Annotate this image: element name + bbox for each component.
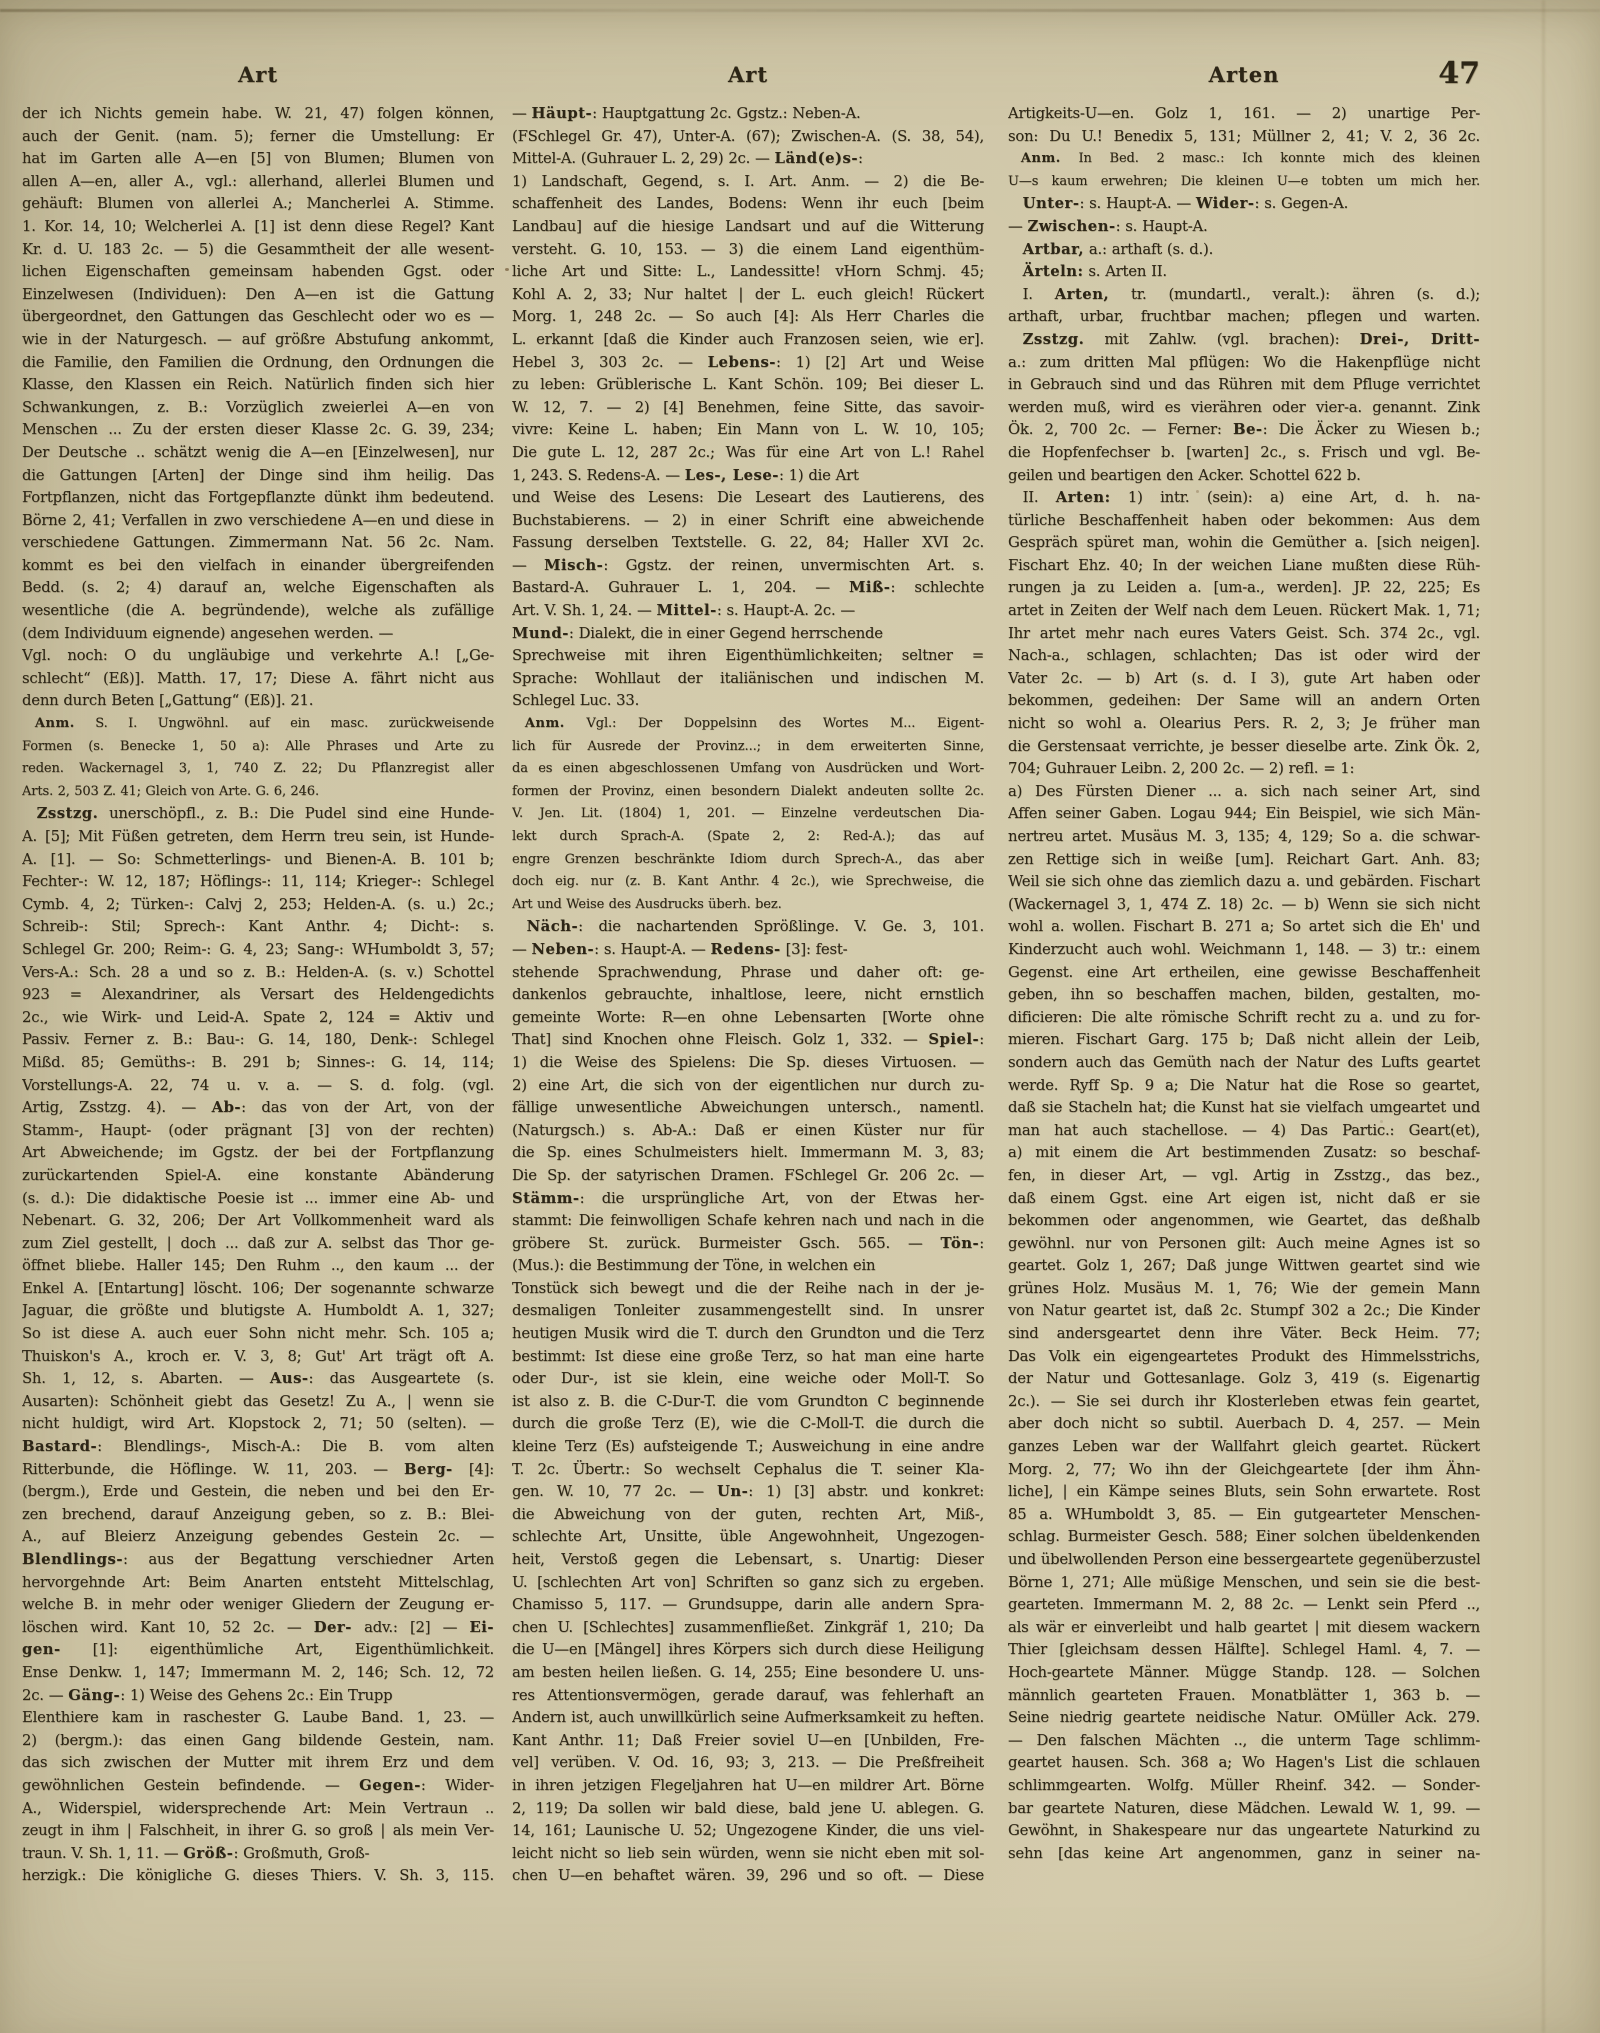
text-line: 1) Landschaft, Gegend, s. I. Art. Anm. —…: [512, 171, 984, 194]
text-line: vivre: Keine L. haben; Ein Mann von L. W…: [512, 419, 984, 442]
text-line: ist also z. B. die C-Dur-T. die vom Grun…: [512, 1391, 984, 1414]
text-line: die Gerstensaat verrichte, je besser die…: [1008, 736, 1480, 759]
text-line: Das Volk ein eigengeartetes Produkt des …: [1008, 1346, 1480, 1369]
text-line: und übelwollenden Person eine bessergear…: [1008, 1549, 1480, 1572]
text-line: das sich zwischen der Mutter mit ihrem E…: [22, 1752, 494, 1775]
text-line: Seine niedrig geartete neidische Natur. …: [1008, 1707, 1480, 1730]
text-line: die Gattungen [Arten] der Dinge sind ihm…: [22, 465, 494, 488]
text-line: werden muß, wird es vierähren oder vier-…: [1008, 397, 1480, 420]
text-line: fällige unwesentliche Abweichungen unter…: [512, 1097, 984, 1120]
text-line: übergeordnet, den Gattungen das Geschlec…: [22, 306, 494, 329]
text-line: türliche Beschaffenheit haben oder bekom…: [1008, 510, 1480, 533]
text-line: löschen wird. Kant 10, 52 2c. — Der- adv…: [22, 1617, 494, 1640]
text-line: Stamm-, Haupt- (oder prägnant [3] von de…: [22, 1120, 494, 1143]
text-line: in ihren jetzigen Flegeljahren hat U—en …: [512, 1775, 984, 1798]
text-line: Menschen ... Zu der ersten dieser Klasse…: [22, 419, 494, 442]
text-line: (bergm.), Erde und Gestein, die neben un…: [22, 1481, 494, 1504]
text-line: Der Deutsche .. schätzt wenig die A—en […: [22, 442, 494, 465]
text-line: gröbere St. zurück. Burmeister Gsch. 565…: [512, 1233, 984, 1256]
text-line: Schlegel Luc. 33.: [512, 690, 984, 713]
text-line: Sh. 1, 12, s. Abarten. — Aus-: das Ausge…: [22, 1368, 494, 1391]
text-line: gemeinte Worte: R—en ohne Lebensarten [W…: [512, 1007, 984, 1030]
text-line: oder Dur-, ist sie klein, eine weiche od…: [512, 1368, 984, 1391]
text-line: Sprechweise mit ihren Eigenthümlichkeite…: [512, 645, 984, 668]
text-line: traun. V. Sh. 1, 11. — Größ-: Großmuth, …: [22, 1843, 494, 1866]
text-line: lekt durch Sprach-A. (Spate 2, 2: Red-A.…: [512, 826, 984, 849]
text-column-1: der ich Nichts gemein habe. W. 21, 47) f…: [22, 103, 494, 1888]
text-line: allen A—en, aller A., vgl.: allerhand, a…: [22, 171, 494, 194]
text-line: daß sie Stacheln hat; die Kunst hat sie …: [1008, 1097, 1480, 1120]
text-line: zu leben: Grüblerische L. Kant Schön. 10…: [512, 374, 984, 397]
text-line: auch der Genit. (nam. 5); ferner die Ums…: [22, 126, 494, 149]
text-line: Schlegel Gr. 200; Reim-: G. 4, 23; Sang-…: [22, 939, 494, 962]
text-line: Die gute L. 12, 287 2c.; Was für eine Ar…: [512, 442, 984, 465]
text-line: geartet. Golz 1, 267; Daß junge Wittwen …: [1008, 1255, 1480, 1278]
text-line: Anm. S. I. Ungwöhnl. auf ein masc. zurüc…: [22, 713, 494, 736]
text-line: — Misch-: Ggstz. der reinen, unvermischt…: [512, 555, 984, 578]
text-line: Schwankungen, z. B.: Vorzüglich zweierle…: [22, 397, 494, 420]
text-line: Anm. Vgl.: Der Doppelsinn des Wortes M..…: [512, 713, 984, 736]
text-line: Buchstabierens. — 2) in einer Schrift ei…: [512, 510, 984, 533]
text-line: Landbau] auf die hiesige Landsart und au…: [512, 216, 984, 239]
text-line: Fortpflanzen, nicht das Fortgepflanzte d…: [22, 487, 494, 510]
text-line: der Natur und Gottesanlage. Golz 3, 419 …: [1008, 1368, 1480, 1391]
text-line: Börne 1, 271; Alle müßige Menschen, und …: [1008, 1572, 1480, 1595]
text-line: That] sind Knochen ohne Fleisch. Golz 1,…: [512, 1029, 984, 1052]
text-line: dificieren: Die alte römische Schrift re…: [1008, 1007, 1480, 1030]
page-number: 47: [1008, 56, 1480, 91]
text-line: kommt es bei den vielfach in einander üb…: [22, 555, 494, 578]
text-line: 2) eine Art, die sich von der eigentlich…: [512, 1075, 984, 1098]
text-line: Ärteln: s. Arten II.: [1008, 261, 1480, 284]
text-line: heutigen Musik wird die T. durch den Gru…: [512, 1323, 984, 1346]
text-line: 1. Kor. 14, 10; Welcherlei A. [1] ist de…: [22, 216, 494, 239]
text-line: Zsstzg. unerschöpfl., z. B.: Die Pudel s…: [22, 803, 494, 826]
text-line: gewöhnlichen Gestein befindende. — Gegen…: [22, 1775, 494, 1798]
text-line: Art. V. Sh. 1, 24. — Mittel-: s. Haupt-A…: [512, 600, 984, 623]
text-line: Mittel-A. (Guhrauer L. 2, 29) 2c. — Länd…: [512, 148, 984, 171]
text-line: Fassung derselben Textstelle. G. 22, 84;…: [512, 532, 984, 555]
text-line: Hebel 3, 303 2c. — Lebens-: 1) [2] Art u…: [512, 352, 984, 375]
text-line: Tonstück sich bewegt und die der Reihe n…: [512, 1278, 984, 1301]
text-line: Art und Weise des Ausdrucks überh. bez.: [512, 894, 984, 917]
text-line: Arts. 2, 503 Z. 41; Gleich von Arte. G. …: [22, 781, 494, 804]
text-line: schaffenheit des Landes, Bodens: Wenn ih…: [512, 193, 984, 216]
text-line: die Familie, den Familien die Ordnung, d…: [22, 352, 494, 375]
text-line: Elenthiere kam in raschester G. Laube Ba…: [22, 1707, 494, 1730]
text-column-3: Artigkeits-U—en. Golz 1, 161. — 2) unart…: [1008, 103, 1480, 1865]
text-line: geilen und beartigen den Acker. Schottel…: [1008, 465, 1480, 488]
text-line: schlecht“ (Eß)]. Matth. 17, 17; Diese A.…: [22, 668, 494, 691]
text-line: sondern auch das Gemüth nach der Natur d…: [1008, 1052, 1480, 1075]
text-line: Näch-: die nachartenden Sprößlinge. V. G…: [512, 916, 984, 939]
text-line: liche], | ein Kämpe seines Bluts, sein S…: [1008, 1481, 1480, 1504]
text-line: hervorgehnde Art: Beim Anarten entsteht …: [22, 1572, 494, 1595]
text-line: a) mit einem die Art bestimmenden Zusatz…: [1008, 1142, 1480, 1165]
text-line: Kinderzucht auch wohl. Weichmann 1, 148.…: [1008, 939, 1480, 962]
text-line: Ihr artet mehr nach eures Vaters Geist. …: [1008, 623, 1480, 646]
text-line: Fischart Ehz. 40; In der weichen Liane m…: [1008, 555, 1480, 578]
text-line: arthaft, urbar, fruchtbar machen; pflege…: [1008, 306, 1480, 329]
text-line: — Häupt-: Hauptgattung 2c. Ggstz.: Neben…: [512, 103, 984, 126]
text-line: der ich Nichts gemein habe. W. 21, 47) f…: [22, 103, 494, 126]
text-line: Kant Anthr. 11; Daß Freier soviel U—en […: [512, 1730, 984, 1753]
text-line: wie in der Naturgesch. — auf größre Abst…: [22, 329, 494, 352]
text-line: 704; Guhrauer Leibn. 2, 200 2c. — 2) ref…: [1008, 758, 1480, 781]
text-line: bar geartete Naturen, diese Mädchen. Lew…: [1008, 1798, 1480, 1821]
text-line: zurückartenden Spiel-A. eine konstante A…: [22, 1165, 494, 1188]
text-line: gearteten. Immermann M. 2, 88 2c. — Lenk…: [1008, 1594, 1480, 1617]
text-line: hat im Garten alle A—en [5] von Blumen; …: [22, 148, 494, 171]
text-line: Sprache: Wohllaut der italiänischen und …: [512, 668, 984, 691]
text-line: A., Widerspiel, widersprechende Art: Mei…: [22, 1798, 494, 1821]
text-line: gewöhnl. nur von Personen gilt: Auch mei…: [1008, 1233, 1480, 1256]
text-line: formen der Provinz, einen besondern Dial…: [512, 781, 984, 804]
text-line: leicht nicht so lieb sein würden, wenn s…: [512, 1843, 984, 1866]
text-line: gen. W. 10, 77 2c. — Un-: 1) [3] abstr. …: [512, 1481, 984, 1504]
text-line: herzigk.: Die königliche G. dieses Thier…: [22, 1865, 494, 1888]
text-line: Vers-A.: Sch. 28 a und so z. B.: Helden-…: [22, 962, 494, 985]
text-line: sind andersgeartet denn ihre Väter. Beck…: [1008, 1323, 1480, 1346]
text-line: U. [schlechten Art von] Schriften so gan…: [512, 1572, 984, 1595]
text-line: Mißd. 85; Gemüths-: B. 291 b; Sinnes-: G…: [22, 1052, 494, 1075]
text-line: L. erkannt [daß die Kinder auch Franzose…: [512, 329, 984, 352]
text-line: man hat auch stachellose. — 4) Das Parti…: [1008, 1120, 1480, 1143]
text-line: öffnet bliebe. Haller 145; Den Ruhm .., …: [22, 1255, 494, 1278]
text-line: Die Sp. der satyrischen Dramen. FSchlege…: [512, 1165, 984, 1188]
text-line: doch eig. nur (z. B. Kant Anthr. 4 2c.),…: [512, 871, 984, 894]
text-line: wohl a. wollen. Fischart B. 271 a; So ar…: [1008, 916, 1480, 939]
text-line: Artbar, a.: arthaft (s. d.).: [1008, 239, 1480, 262]
text-line: Morg. 2, 77; Wo ihn der Gleichgeartete […: [1008, 1459, 1480, 1482]
text-line: res Attentionsvermögen, gerade darauf, w…: [512, 1685, 984, 1708]
text-line: Gespräch spüret man, wohin die Gemüther …: [1008, 532, 1480, 555]
text-line: Art Abweichende; im Ggstz. der bei der F…: [22, 1142, 494, 1165]
text-line: 2c., wie Wirk- und Leid-A. Spate 2, 124 …: [22, 1007, 494, 1030]
text-line: Mund-: Dialekt, die in einer Gegend herr…: [512, 623, 984, 646]
text-line: vel] verüben. V. Od. 16, 93; 3, 213. — D…: [512, 1752, 984, 1775]
text-line: 923 = Alexandriner, als Versart des Held…: [22, 984, 494, 1007]
text-line: versteht. G. 10, 153. — 3) die einem Lan…: [512, 239, 984, 262]
text-line: 1) die Weise des Spielens: Die Sp. diese…: [512, 1052, 984, 1075]
text-line: Vgl. noch: O du ungläubige und verkehrte…: [22, 645, 494, 668]
text-line: ganzes Leben war der Wallfahrt gleich ge…: [1008, 1436, 1480, 1459]
text-line: als wär er einverleibt und halb geartet …: [1008, 1617, 1480, 1640]
text-line: 2) (bergm.): das einen Gang bildende Ges…: [22, 1730, 494, 1753]
text-line: chen U. [Schlechtes] zusammenfließet. Zi…: [512, 1617, 984, 1640]
text-line: chen U—en behaftet wären. 39, 296 und so…: [512, 1865, 984, 1888]
text-line: bekommen oder angenommen, wie Geartet, d…: [1008, 1210, 1480, 1233]
running-head: Art Art Arten 47: [0, 62, 1600, 96]
text-line: Anm. In Bed. 2 masc.: Ich konnte mich de…: [1008, 148, 1480, 171]
text-line: verschiedene Gattungen. Zimmermann Nat. …: [22, 532, 494, 555]
text-line: Blendlings-: aus der Begattung verschied…: [22, 1549, 494, 1572]
text-line: I. Arten, tr. (mundartl., veralt.): ähre…: [1008, 284, 1480, 307]
text-line: sehn [das keine Art angenommen, ganz in …: [1008, 1843, 1480, 1866]
text-line: die Sp. eines Schulmeisters hielt. Immer…: [512, 1142, 984, 1165]
text-line: wesentliche (die A. begründende), welche…: [22, 600, 494, 623]
text-line: desmaligen Tonleiter zusammengestellt si…: [512, 1300, 984, 1323]
text-line: welche B. in mehr oder weniger Gliedern …: [22, 1594, 494, 1617]
text-line: Ense Denkw. 1, 147; Immermann M. 2, 146;…: [22, 1662, 494, 1685]
text-line: stehende Sprachwendung, Phrase und daher…: [512, 962, 984, 985]
text-line: am besten heilen ließen. G. 14, 255; Ein…: [512, 1662, 984, 1685]
text-line: lichen Eigenschaften gemeinsam habenden …: [22, 261, 494, 284]
text-line: Hoch-geartete Männer. Mügge Standp. 128.…: [1008, 1662, 1480, 1685]
text-line: rungen ja zu Leiden a. [um-a., werden]. …: [1008, 577, 1480, 600]
text-line: So ist diese A. auch euer Sohn nicht meh…: [22, 1323, 494, 1346]
text-line: W. 12, 7. — 2) [4] Benehmen, feine Sitte…: [512, 397, 984, 420]
text-line: (dem Individuum eignende) angesehen werd…: [22, 623, 494, 646]
text-line: daß einem Ggst. eine Art eigen ist, nich…: [1008, 1188, 1480, 1211]
text-line: (s. d.): Die didaktische Poesie ist ... …: [22, 1188, 494, 1211]
text-line: II. Arten: 1) intr. (sein): a) eine Art,…: [1008, 487, 1480, 510]
text-line: heit, Verstoß gegen die Lebensart, s. Un…: [512, 1549, 984, 1572]
text-line: Formen (s. Benecke 1, 50 a): Alle Phrase…: [22, 736, 494, 759]
text-line: — Zwischen-: s. Haupt-A.: [1008, 216, 1480, 239]
text-line: Nebenart. G. 32, 206; Der Art Vollkommen…: [22, 1210, 494, 1233]
text-line: V. Jen. Lit. (1804) 1, 201. — Einzelne v…: [512, 803, 984, 826]
text-line: reden. Wackernagel 3, 1, 740 Z. 22; Du P…: [22, 758, 494, 781]
running-head-left: Art: [22, 62, 494, 87]
text-line: grünes Holz. Musäus M. 1, 76; Wie der ge…: [1008, 1278, 1480, 1301]
text-line: Einzelwesen (Individuen): Den A—en ist d…: [22, 284, 494, 307]
text-line: liche Art und Sitte: L., Landessitte! vH…: [512, 261, 984, 284]
text-line: zen Rettige sich in weiße [um]. Reichart…: [1008, 849, 1480, 872]
text-line: zen brechend, darauf Anzeigung geben, so…: [22, 1504, 494, 1527]
text-line: 14, 161; Launische U. 52; Ungezogene Kin…: [512, 1820, 984, 1843]
text-line: Unter-: s. Haupt-A. — Wider-: s. Gegen-A…: [1008, 193, 1480, 216]
text-line: und Weise des Lesens: Die Leseart des La…: [512, 487, 984, 510]
text-line: Cymb. 4, 2; Türken-: Calvj 2, 253; Helde…: [22, 894, 494, 917]
text-line: Ök. 2, 700 2c. — Ferner: Be-: Die Äcker …: [1008, 419, 1480, 442]
text-line: Vater 2c. — b) Art (s. d. I 3), gute Art…: [1008, 668, 1480, 691]
text-line: geartet hausen. Sch. 368 a; Wo Hagen's L…: [1008, 1752, 1480, 1775]
text-line: Passiv. Ferner z. B.: Bau-: G. 14, 180, …: [22, 1029, 494, 1052]
text-line: — Neben-: s. Haupt-A. — Redens- [3]: fes…: [512, 939, 984, 962]
text-line: T. 2c. Übertr.: So wechselt Cephalus die…: [512, 1459, 984, 1482]
text-line: Jaguar, die größte und blutigste A. Humb…: [22, 1300, 494, 1323]
text-line: gehäuft: Blumen von allerlei A.; Mancher…: [22, 193, 494, 216]
text-line: nicht huldigt, wird Art. Klopstock 2, 71…: [22, 1413, 494, 1436]
text-line: Schreib-: Stil; Sprech-: Kant Anthr. 4; …: [22, 916, 494, 939]
text-line: Kr. d. U. 183 2c. — 5) die Gesammtheit d…: [22, 239, 494, 262]
text-line: zum Ziel gestellt, | doch ... daß zur A.…: [22, 1233, 494, 1256]
text-line: (Naturgsch.) s. Ab-A.: Daß er einen Küst…: [512, 1120, 984, 1143]
text-line: Stämm-: die ursprüngliche Art, von der E…: [512, 1188, 984, 1211]
text-line: Enkel A. [Entartung] löscht. 106; Der so…: [22, 1278, 494, 1301]
text-line: — Den falschen Mächten .., die unterm Ta…: [1008, 1730, 1480, 1753]
text-line: Chamisso 5, 117. — Grundsuppe, darin all…: [512, 1594, 984, 1617]
text-line: kleine Terz (Es) aufsteigende T.; Auswei…: [512, 1436, 984, 1459]
text-line: Klasse, den Klassen ein Reich. Natürlich…: [22, 374, 494, 397]
scan-edge-line: [0, 9, 1600, 12]
text-line: Morg. 1, 248 2c. — So auch [4]: Als Herr…: [512, 306, 984, 329]
text-line: Vorstellungs-A. 22, 74 u. v. a. — S. d. …: [22, 1075, 494, 1098]
text-line: 2c.). — Sie sei durch ihr Klosterleben e…: [1008, 1391, 1480, 1414]
dictionary-page: Art Art Arten 47 der ich Nichts gemein h…: [0, 0, 1600, 2033]
running-head-middle: Art: [512, 62, 984, 87]
paper-speck: [505, 268, 509, 271]
text-line: U—s kaum erwehren; Die kleinen U—e tobte…: [1008, 171, 1480, 194]
text-line: 2, 119; Da sollen wir bald diese, bald j…: [512, 1798, 984, 1821]
text-line: Artig, Zsstzg. 4). — Ab-: das von der Ar…: [22, 1097, 494, 1120]
text-line: Gegenst. eine Art ertheilen, eine gewiss…: [1008, 962, 1480, 985]
text-line: schlimmgearten. Wolfg. Müller Rheinf. 34…: [1008, 1775, 1480, 1798]
text-line: 1, 243. S. Redens-A. — Les-, Lese-: 1) d…: [512, 465, 984, 488]
text-line: schlag. Burmeister Gesch. 588; Einer sol…: [1008, 1526, 1480, 1549]
text-line: da es einen abgeschlossenen Umfang von A…: [512, 758, 984, 781]
text-line: dankenlos gebrauchte, inhaltlose, leere,…: [512, 984, 984, 1007]
text-line: Kohl A. 2, 33; Nur haltet | der L. euch …: [512, 284, 984, 307]
text-line: Weil sie sich ohne das ziemlich dazu a. …: [1008, 871, 1480, 894]
text-line: nicht so wohl a. Olearius Pers. R. 2, 3;…: [1008, 713, 1480, 736]
text-line: Bedd. (s. 2; 4) darauf an, welche Eigens…: [22, 577, 494, 600]
text-line: artet in Zeiten der Welf nach dem Leuen.…: [1008, 600, 1480, 623]
text-line: mieren. Fischart Garg. 175 b; Daß nicht …: [1008, 1029, 1480, 1052]
text-line: männlich gearteten Frauen. Monatblätter …: [1008, 1685, 1480, 1708]
text-line: (Mus.): die Bestimmung der Töne, in welc…: [512, 1255, 984, 1278]
text-line: zeugt in ihm | Falschheit, in ihrer G. s…: [22, 1820, 494, 1843]
text-line: bestimmt: Ist diese eine große Terz, so …: [512, 1346, 984, 1369]
text-line: die Abweichung von der guten, rechten Ar…: [512, 1504, 984, 1527]
text-line: Andern ist, auch unwillkürlich seine Auf…: [512, 1707, 984, 1730]
text-line: Ritterbunde, die Höflinge. W. 11, 203. —…: [22, 1459, 494, 1482]
text-column-2: — Häupt-: Hauptgattung 2c. Ggstz.: Neben…: [512, 103, 984, 1888]
text-line: Zsstzg. mit Zahlw. (vgl. brachen): Drei-…: [1008, 329, 1480, 352]
text-line: Bastard-: Blendlings-, Misch-A.: Die B. …: [22, 1436, 494, 1459]
text-line: 85 a. WHumboldt 3, 85. — Ein gutgeartete…: [1008, 1504, 1480, 1527]
text-line: werde. Ryff Sp. 9 a; Die Natur hat die R…: [1008, 1075, 1480, 1098]
text-line: nertreu artet. Musäus M. 3, 135; 4, 129;…: [1008, 826, 1480, 849]
text-line: Bastard-A. Guhrauer L. 1, 204. — Miß-: s…: [512, 577, 984, 600]
text-line: (FSchlegel Gr. 47), Unter-A. (67); Zwisc…: [512, 126, 984, 149]
page-crease: [1542, 0, 1545, 2033]
text-line: Ausarten): Schönheit giebt das Gesetz! Z…: [22, 1391, 494, 1414]
text-line: Gewöhnt, in Shakespeare nur das ungearte…: [1008, 1820, 1480, 1843]
text-line: Börne 2, 41; Verfallen in zwo verschiede…: [22, 510, 494, 533]
text-line: lich für Ausrede der Provinz...; in dem …: [512, 736, 984, 759]
text-line: Affen seiner Gaben. Logau 944; Ein Beisp…: [1008, 803, 1480, 826]
text-line: in Gebrauch sind und das Rühren mit dem …: [1008, 374, 1480, 397]
text-line: schlechte Art, Unsitte, üble Angewohnhei…: [512, 1526, 984, 1549]
text-line: aber doch nicht so subtil. Auerbach D. 4…: [1008, 1413, 1480, 1436]
text-line: Nach-a., schlagen, schlachten; Das ist o…: [1008, 645, 1480, 668]
text-line: Thier [gleichsam dessen Hälfte]. Schlege…: [1008, 1639, 1480, 1662]
text-line: bekommen, gedeihen: Der Same will an and…: [1008, 690, 1480, 713]
text-line: stammt: Die feinwolligen Schafe kehren n…: [512, 1210, 984, 1233]
text-line: a.: zum dritten Mal pflügen: Wo die Hake…: [1008, 352, 1480, 375]
text-line: fen, in dieser Art, — vgl. Artig in Zsst…: [1008, 1165, 1480, 1188]
text-line: a) Des Fürsten Diener ... a. sich nach s…: [1008, 781, 1480, 804]
text-line: Thuiskon's A., kroch er. V. 3, 8; Gut' A…: [22, 1346, 494, 1369]
text-line: Artigkeits-U—en. Golz 1, 161. — 2) unart…: [1008, 103, 1480, 126]
text-line: engre Grenzen beschränkte Idiom durch Sp…: [512, 849, 984, 872]
text-line: (Wackernagel 3, 1, 474 Z. 18) 2c. — b) W…: [1008, 894, 1480, 917]
text-line: denn durch Beten [„Gattung“ (Eß)]. 21.: [22, 690, 494, 713]
text-line: gen- [1]: eigenthümliche Art, Eigenthüml…: [22, 1639, 494, 1662]
text-line: die U—en [Mängel] ihres Körpers sich dur…: [512, 1639, 984, 1662]
text-line: son: Du U.! Benedix 5, 131; Müllner 2, 4…: [1008, 126, 1480, 149]
text-line: 2c. — Gäng-: 1) Weise des Gehens 2c.: Ei…: [22, 1685, 494, 1708]
text-line: durch die große Terz (E), wie die C-Moll…: [512, 1413, 984, 1436]
text-line: A. [5]; Mit Füßen getreten, dem Herrn tr…: [22, 826, 494, 849]
text-line: die Hopfenfechser b. [warten] 2c., s. Fr…: [1008, 442, 1480, 465]
text-line: A. [1]. — So: Schmetterlings- und Bienen…: [22, 849, 494, 872]
text-line: geben, ihn so beschaffen machen, bilden,…: [1008, 984, 1480, 1007]
text-line: von Natur geartet ist, daß 2c. Stumpf 30…: [1008, 1300, 1480, 1323]
text-line: A., auf Bleierz Anzeigung gebendes Geste…: [22, 1526, 494, 1549]
text-line: Fechter-: W. 12, 187; Höflings-: 11, 114…: [22, 871, 494, 894]
